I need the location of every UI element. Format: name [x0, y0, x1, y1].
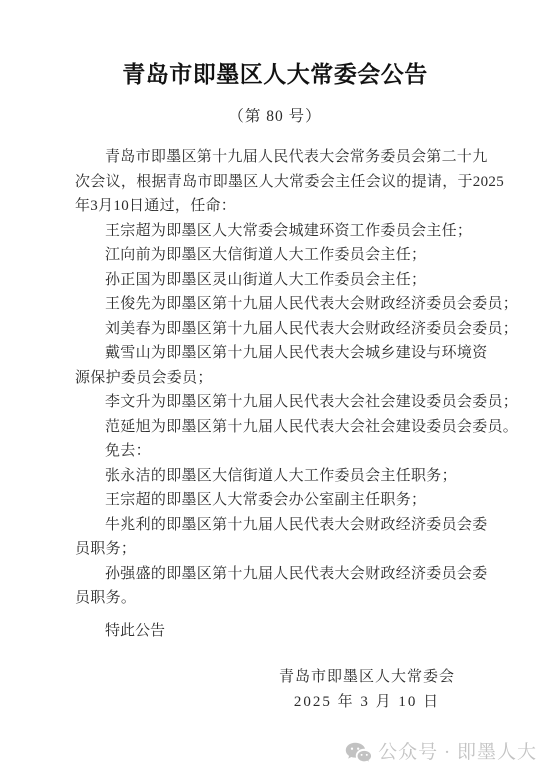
appointment-item: 江向前为即墨区大信街道人大工作委员会主任；: [75, 243, 485, 268]
dismissal-item: 牛兆利的即墨区第十九届人民代表大会财政经济委员会委 员职务；: [75, 513, 485, 562]
document-title: 青岛市即墨区人大常委会公告: [0, 0, 550, 90]
appointment-item: 范延旭为即墨区第十九届人民代表大会社会建设委员会委员。: [75, 415, 485, 440]
appointment-item: 王宗超为即墨区人大常委会城建环资工作委员会主任；: [75, 219, 485, 244]
wechat-icon: [345, 742, 372, 763]
watermark-text: 公众号 · 即墨人大: [378, 743, 537, 763]
issuer-signature: 青岛市即墨区人大常委会: [279, 665, 455, 690]
document-body: 青岛市即墨区第十九届人民代表大会常务委员会第二十九 次会议，根据青岛市即墨区人大…: [75, 145, 485, 611]
closing-statement: 特此公告: [75, 619, 550, 644]
issue-date: 2025 年 3 月 10 日: [279, 690, 455, 715]
announcement-document: 青岛市即墨区人大常委会公告 （第 80 号） 青岛市即墨区第十九届人民代表大会常…: [0, 0, 550, 777]
appointment-item: 刘美春为即墨区第十九届人民代表大会财政经济委员会委员；: [75, 317, 485, 342]
dismissal-item: 张永洁的即墨区大信街道人大工作委员会主任职务；: [75, 464, 485, 489]
dismissal-item: 王宗超的即墨区人大常委会办公室副主任职务；: [75, 488, 485, 513]
dismissal-header: 免去：: [75, 439, 485, 464]
signature-block: 青岛市即墨区人大常委会 2025 年 3 月 10 日: [279, 665, 455, 715]
appointment-item: 戴雪山为即墨区第十九届人民代表大会城乡建设与环境资 源保护委员会委员；: [75, 341, 485, 390]
dismissal-item: 孙强盛的即墨区第十九届人民代表大会财政经济委员会委 员职务。: [75, 562, 485, 611]
wechat-watermark: 公众号 · 即墨人大: [345, 742, 537, 763]
appointment-item: 王俊先为即墨区第十九届人民代表大会财政经济委员会委员；: [75, 292, 485, 317]
appointment-item: 孙正国为即墨区灵山街道人大工作委员会主任；: [75, 268, 485, 293]
paragraph-intro: 青岛市即墨区第十九届人民代表大会常务委员会第二十九 次会议，根据青岛市即墨区人大…: [75, 145, 485, 219]
document-number: （第 80 号）: [0, 106, 550, 128]
appointment-item: 李文升为即墨区第十九届人民代表大会社会建设委员会委员；: [75, 390, 485, 415]
